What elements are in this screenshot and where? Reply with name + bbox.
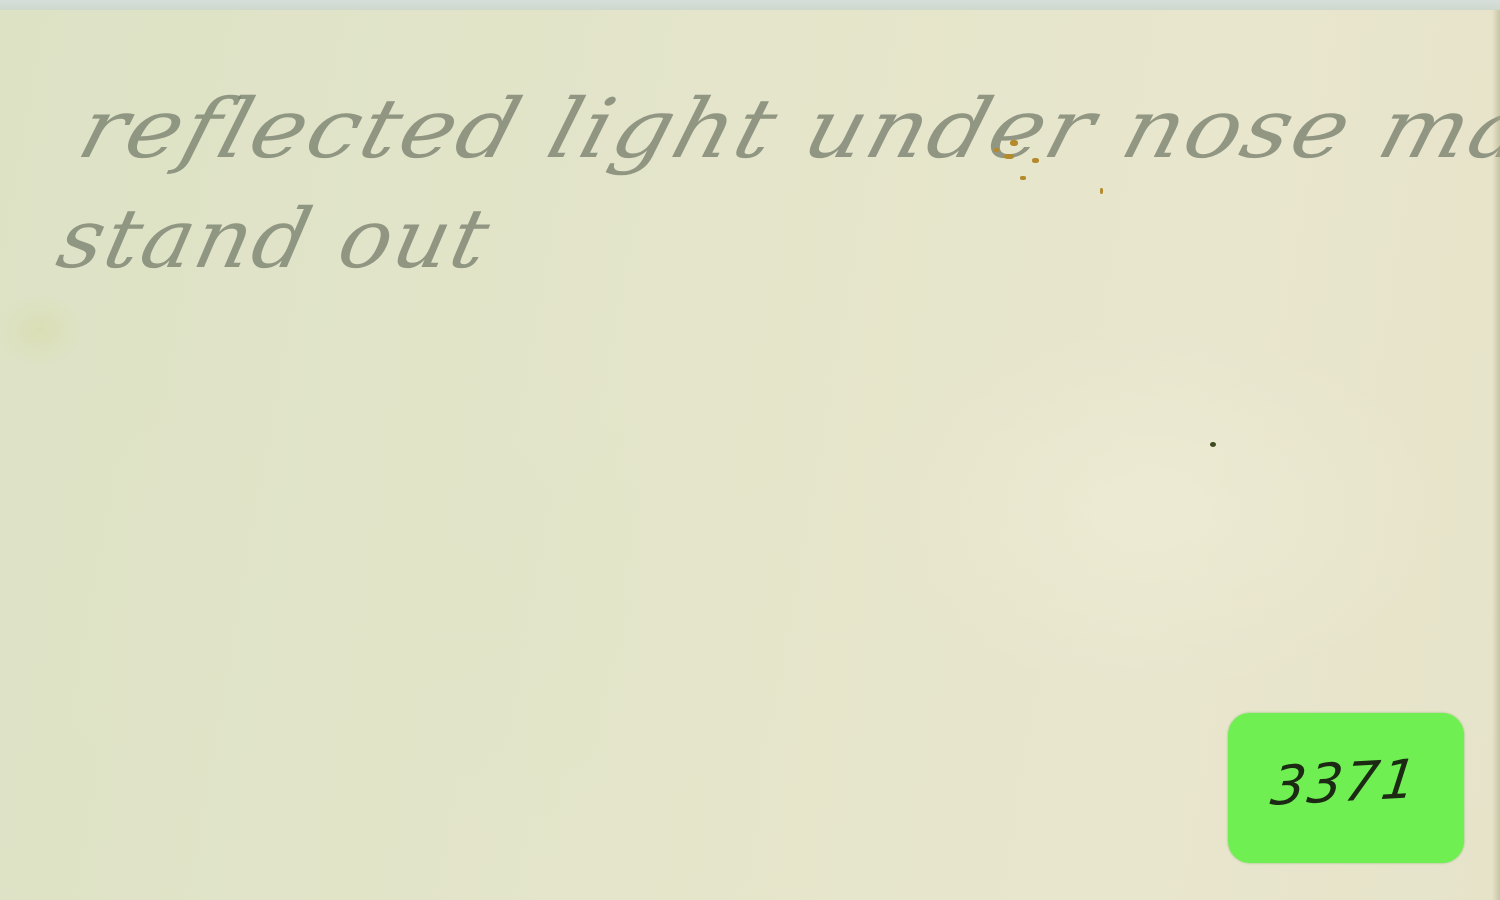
handwritten-note-line-1: reflected light under nose makes it	[69, 82, 1500, 177]
card-right-edge	[1492, 10, 1500, 900]
photo-scene: reflected light under nose makes it stan…	[0, 0, 1500, 900]
inventory-number: 3371	[1268, 747, 1422, 818]
ink-dot	[1210, 442, 1216, 447]
handwritten-note-line-2: stand out	[49, 192, 499, 287]
card-back: reflected light under nose makes it stan…	[0, 10, 1500, 900]
stain-specks	[990, 130, 1120, 210]
inventory-label: 3371	[1228, 713, 1464, 863]
